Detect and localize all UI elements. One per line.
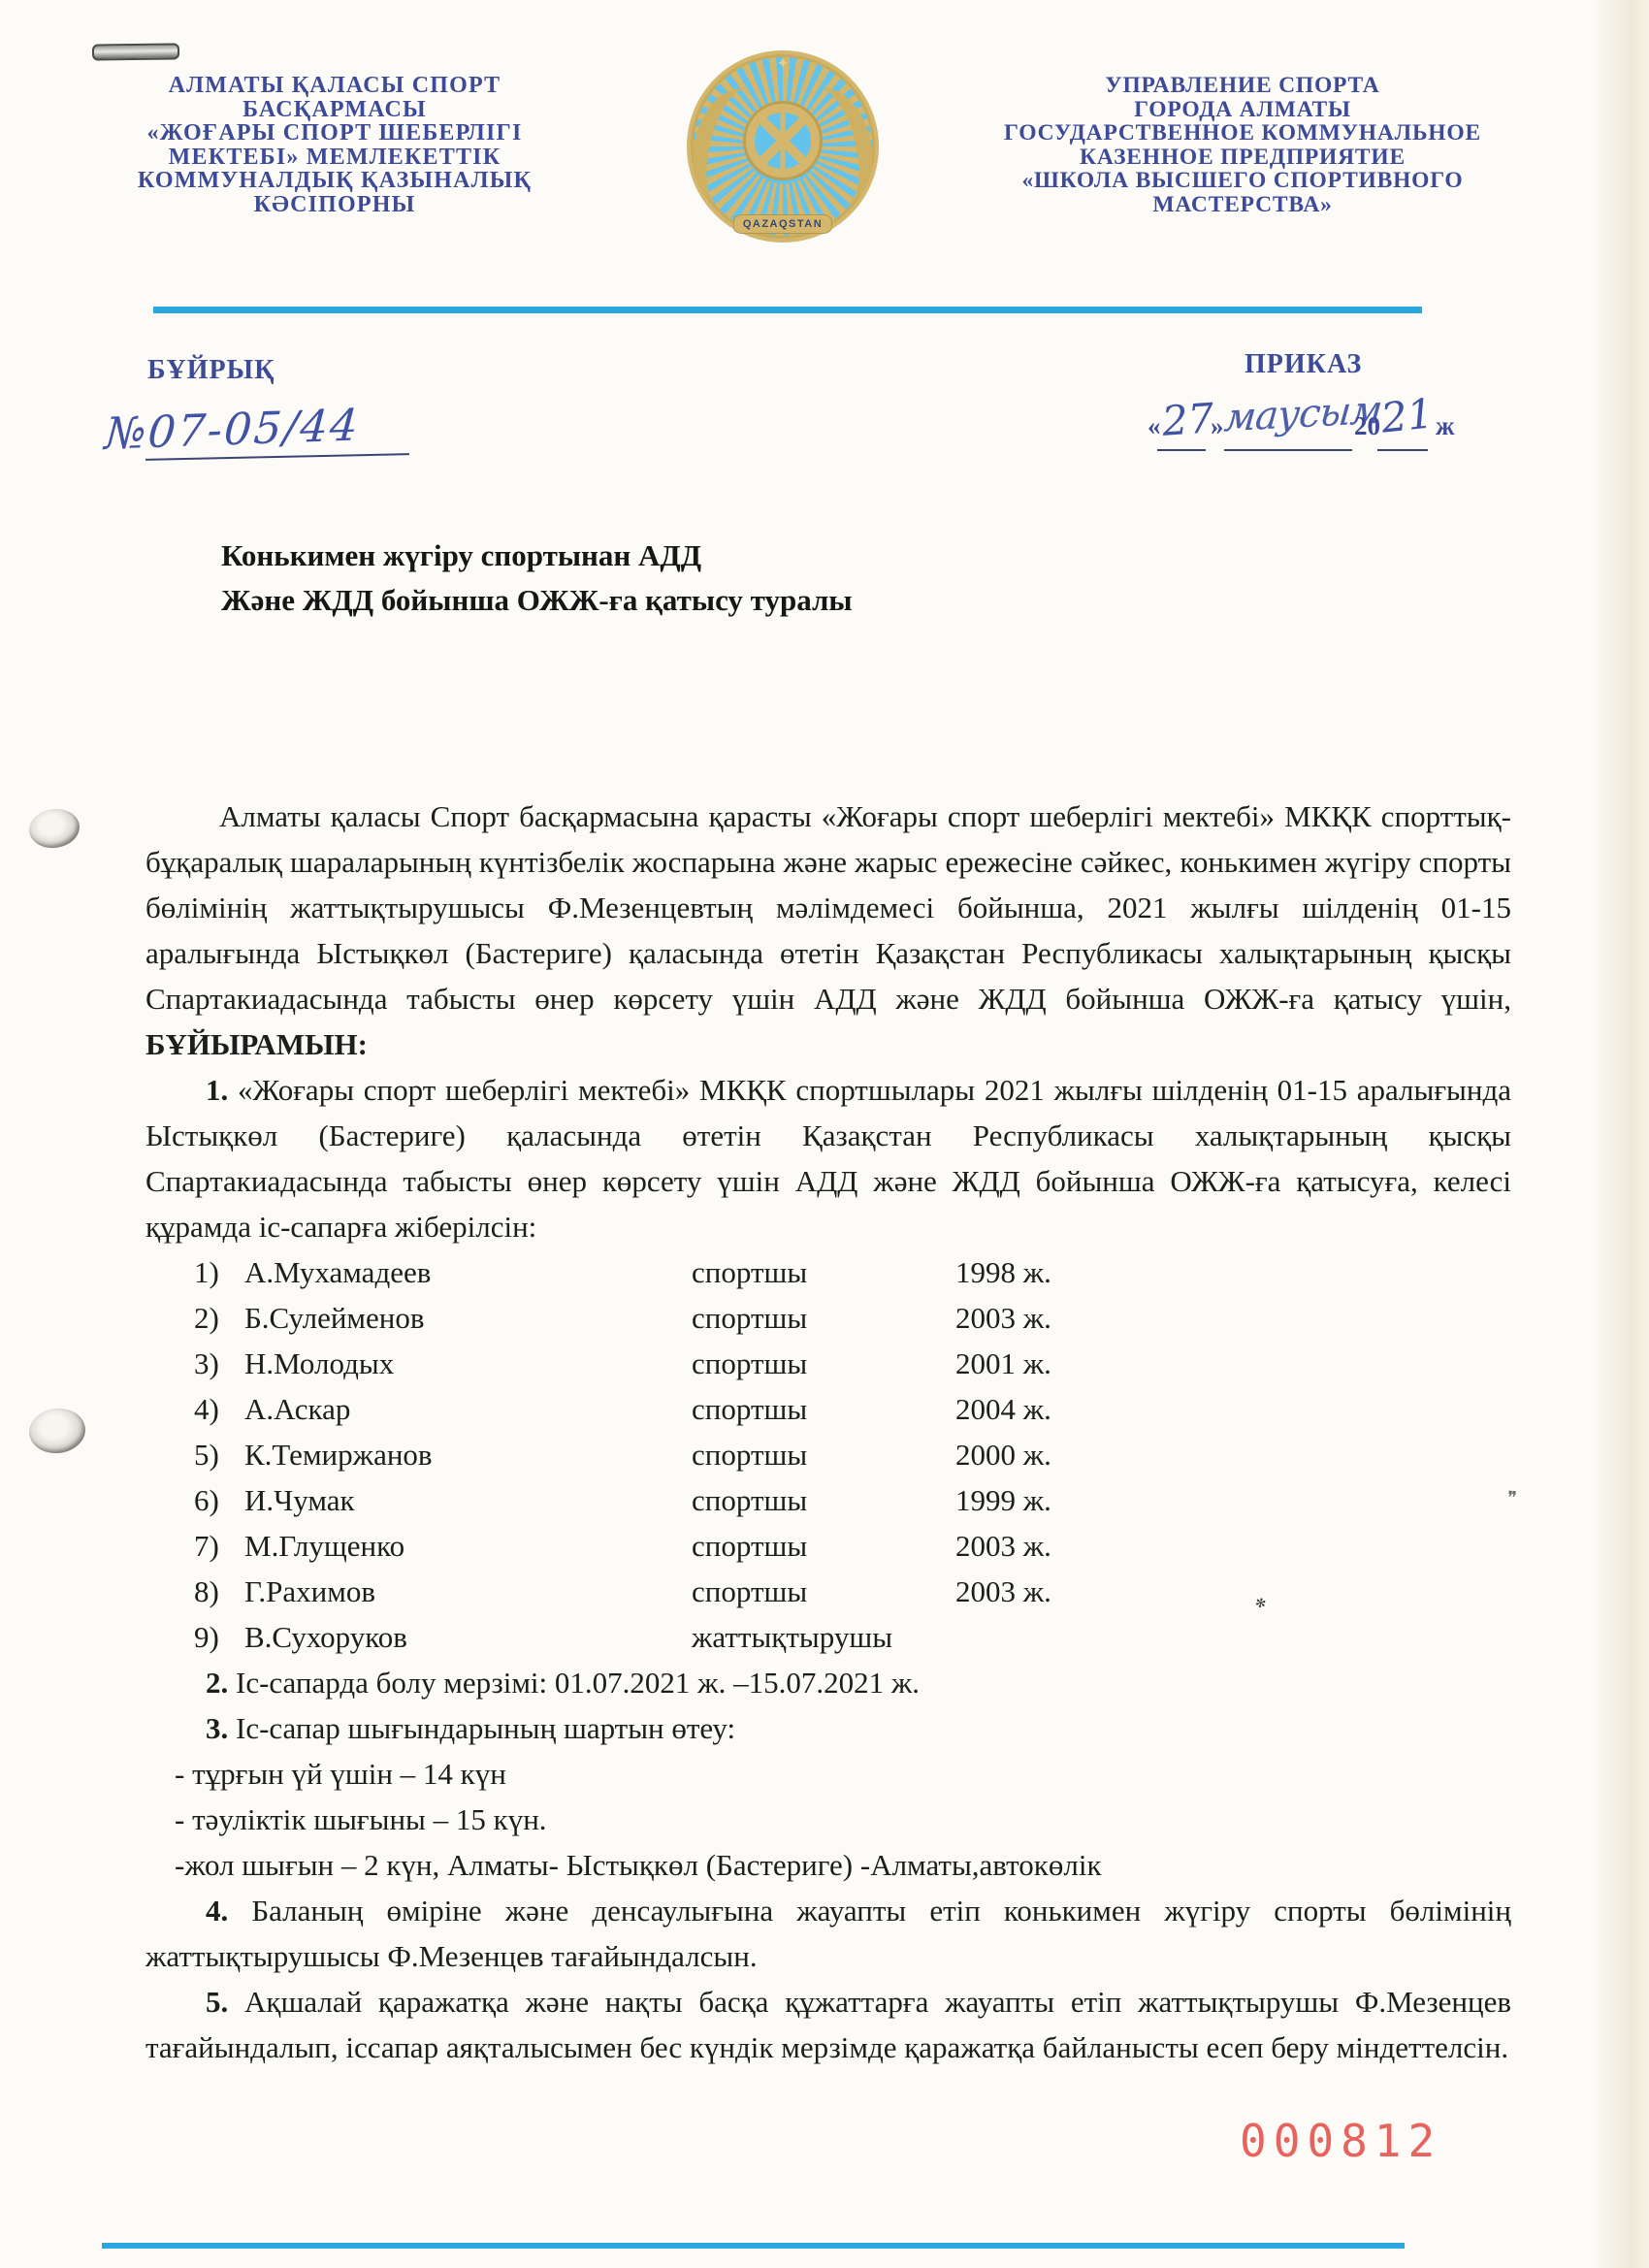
roster-name: Н.Молодых — [244, 1341, 692, 1386]
hole-punch-mark — [27, 1406, 87, 1456]
roster-role: спортшы — [692, 1432, 955, 1477]
org-name-kazakh: АЛМАТЫ ҚАЛАСЫ СПОРТ БАСҚАРМАСЫ «ЖОҒАРЫ С… — [97, 74, 572, 217]
item-5-text: Ақшалай қаражатқа және нақты басқа құжат… — [145, 1985, 1511, 2064]
paragraph-item-4: 4. Баланың өміріне және денсаулығына жау… — [145, 1888, 1511, 1979]
decree-word: БҰЙЫРАМЫН: — [145, 1021, 1511, 1067]
roster-year: 2003 ж. — [955, 1569, 1511, 1614]
item-3-number: 3. — [206, 1711, 228, 1745]
org-left-line: АЛМАТЫ ҚАЛАСЫ СПОРТ — [97, 74, 572, 98]
footer-rule — [102, 2243, 1405, 2249]
handwritten-year: 21 — [1379, 389, 1436, 441]
org-right-line: КАЗЕННОЕ ПРЕДПРИЯТИЕ — [962, 146, 1523, 170]
roster-name: А.Аскар — [244, 1386, 692, 1432]
date-day-underline — [1157, 449, 1206, 451]
athlete-roster: 1)А.Мухамадеевспортшы1998 ж. 2)Б.Сулейме… — [194, 1249, 1511, 1660]
item-1-number: 1. — [206, 1073, 228, 1107]
scan-edge-shading — [1591, 0, 1649, 2268]
roster-role: спортшы — [692, 1341, 955, 1386]
roster-num: 4) — [194, 1386, 244, 1432]
org-right-line: УПРАВЛЕНИЕ СПОРТА — [962, 74, 1523, 98]
roster-num: 2) — [194, 1295, 244, 1341]
red-serial-stamp: 000812 — [1240, 2115, 1441, 2167]
org-right-line: ГОРОДА АЛМАТЫ — [962, 98, 1523, 122]
document-title: Конькимен жүгіру спортынан АДД Және ЖДД … — [221, 534, 853, 623]
org-left-line: КӘСІПОРНЫ — [97, 193, 572, 217]
item-3-text: Іс-сапар шығындарының шартын өтеу: — [236, 1711, 735, 1745]
org-left-line: МЕКТЕБІ» МЕМЛЕКЕТТІК — [97, 146, 572, 170]
emblem-banner: QAZAQSTAN — [733, 214, 832, 234]
order-label-russian: ПРИКАЗ — [1245, 349, 1362, 380]
roster-year: 2003 ж. — [955, 1295, 1511, 1341]
roster-year: 2004 ж. — [955, 1386, 1511, 1432]
roster-name: А.Мухамадеев — [244, 1249, 692, 1295]
roster-year: 1999 ж. — [955, 1477, 1511, 1523]
org-left-line: «ЖОҒАРЫ СПОРТ ШЕБЕРЛІГІ — [97, 121, 572, 146]
expense-bullet-travel: -жол шығын – 2 күн, Алматы- Ыстықкөл (Ба… — [145, 1842, 1511, 1888]
item-4-text: Баланың өміріне және денсаулығына жауапт… — [145, 1894, 1511, 1973]
org-right-line: «ШКОЛА ВЫСШЕГО СПОРТИВНОГО — [962, 169, 1523, 193]
title-line-1: Конькимен жүгіру спортынан АДД — [221, 534, 853, 578]
roster-name: Г.Рахимов — [244, 1569, 692, 1614]
emblem-shanyrak — [746, 104, 820, 178]
roster-role: спортшы — [692, 1386, 955, 1432]
roster-name: К.Темиржанов — [244, 1432, 692, 1477]
roster-name: М.Глущенко — [244, 1523, 692, 1569]
roster-year: 1998 ж. — [955, 1249, 1511, 1295]
roster-num: 5) — [194, 1432, 244, 1477]
item-2-number: 2. — [206, 1666, 228, 1700]
date-year-suffix: ж — [1436, 411, 1455, 441]
roster-num: 9) — [194, 1614, 244, 1660]
title-line-2: Және ЖДД бойынша ОЖЖ-ға қатысу туралы — [221, 578, 853, 623]
roster-num: 1) — [194, 1249, 244, 1295]
date-year-underline — [1377, 449, 1428, 451]
roster-name: И.Чумак — [244, 1477, 692, 1523]
roster-num: 3) — [194, 1341, 244, 1386]
date-month-underline — [1224, 449, 1352, 451]
paragraph-item-5: 5. Ақшалай қаражатқа және нақты басқа құ… — [145, 1979, 1511, 2070]
roster-role: спортшы — [692, 1249, 955, 1295]
roster-role: спортшы — [692, 1523, 955, 1569]
roster-role: жаттықтырушы — [692, 1614, 955, 1660]
document-body: Алматы қаласы Спорт басқармасына қарасты… — [145, 794, 1511, 2070]
item-4-number: 4. — [206, 1894, 228, 1928]
org-name-russian: УПРАВЛЕНИЕ СПОРТА ГОРОДА АЛМАТЫ ГОСУДАРС… — [962, 74, 1523, 217]
ink-speck: ❞ — [1506, 1488, 1517, 1509]
expense-bullet-housing: - тұрғын үй үшін – 14 күн — [145, 1751, 1511, 1797]
item-1-text: «Жоғары спорт шеберлігі мектебі» МКҚК сп… — [145, 1073, 1511, 1244]
paragraph-preamble: Алматы қаласы Спорт басқармасына қарасты… — [145, 794, 1511, 1021]
roster-year: 2000 ж. — [955, 1432, 1511, 1477]
org-right-line: МАСТЕРСТВА» — [962, 193, 1523, 217]
paragraph-item-3: 3. Іс-сапар шығындарының шартын өтеу: — [145, 1705, 1511, 1751]
item-5-number: 5. — [206, 1985, 228, 2019]
roster-num: 6) — [194, 1477, 244, 1523]
item-2-text: Іс-сапарда болу мерзімі: 01.07.2021 ж. –… — [236, 1666, 920, 1700]
paragraph-item-1: 1. «Жоғары спорт шеберлігі мектебі» МКҚК… — [145, 1067, 1511, 1249]
org-right-line: ГОСУДАРСТВЕННОЕ КОММУНАЛЬНОЕ — [962, 121, 1523, 146]
roster-role: спортшы — [692, 1295, 955, 1341]
expense-bullet-daily: - тәуліктік шығыны – 15 күн. — [145, 1797, 1511, 1842]
roster-role: спортшы — [692, 1569, 955, 1614]
paragraph-item-2: 2. Іс-сапарда болу мерзімі: 01.07.2021 ж… — [145, 1660, 1511, 1705]
roster-year: 2003 ж. — [955, 1523, 1511, 1569]
roster-num: 7) — [194, 1523, 244, 1569]
roster-name: В.Сухоруков — [244, 1614, 692, 1660]
emblem-star-icon: ✦ — [777, 54, 790, 72]
roster-year — [955, 1614, 1511, 1660]
date-open-quote: « — [1148, 411, 1161, 441]
org-left-line: БАСҚАРМАСЫ — [97, 98, 572, 122]
roster-num: 8) — [194, 1569, 244, 1614]
handwritten-day: 27 — [1160, 394, 1215, 445]
date-year-prefix: 20 — [1354, 411, 1380, 441]
kazakhstan-emblem: ✦ QAZAQSTAN — [687, 50, 879, 243]
staple-mark — [92, 43, 179, 60]
hole-punch-mark — [26, 806, 81, 852]
header-rule — [153, 307, 1422, 313]
handwritten-order-number: №07-05/44 — [103, 399, 361, 459]
scanned-order-document: АЛМАТЫ ҚАЛАСЫ СПОРТ БАСҚАРМАСЫ «ЖОҒАРЫ С… — [0, 0, 1649, 2268]
roster-name: Б.Сулейменов — [244, 1295, 692, 1341]
roster-year: 2001 ж. — [955, 1341, 1511, 1386]
order-label-kazakh: БҰЙРЫҚ — [147, 355, 275, 386]
org-left-line: КОММУНАЛДЫҚ ҚАЗЫНАЛЫҚ — [97, 169, 572, 193]
roster-role: спортшы — [692, 1477, 955, 1523]
